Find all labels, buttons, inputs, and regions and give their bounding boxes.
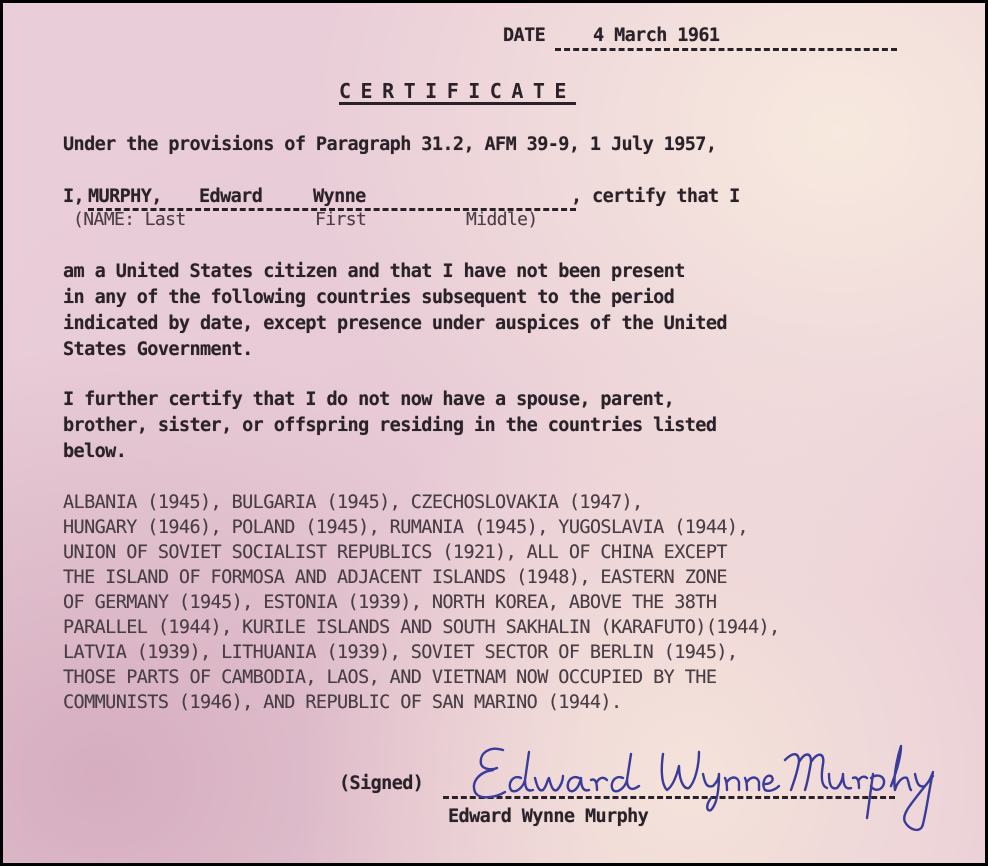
label-middle: Middle) bbox=[466, 209, 538, 230]
countries-line-5: OF GERMANY (1945), ESTONIA (1939), NORTH… bbox=[63, 590, 716, 616]
date-underline bbox=[555, 48, 897, 51]
paragraph-1-line-4: States Government. bbox=[63, 337, 253, 363]
date-label: DATE bbox=[503, 23, 545, 49]
signed-label: (Signed) bbox=[339, 771, 423, 797]
countries-line-8: THOSE PARTS OF CAMBODIA, LAOS, AND VIETN… bbox=[63, 665, 716, 691]
paragraph-1-line-2: in any of the following countries subseq… bbox=[63, 285, 674, 311]
certificate-page: DATE 4 March 1961 CERTIFICATE Under the … bbox=[3, 3, 985, 863]
countries-line-7: LATVIA (1939), LITHUANIA (1939), SOVIET … bbox=[63, 640, 737, 666]
certificate-title: CERTIFICATE bbox=[339, 79, 576, 103]
name-prefix: I, bbox=[63, 184, 84, 210]
countries-line-1: ALBANIA (1945), BULGARIA (1945), CZECHOS… bbox=[63, 490, 643, 516]
name-last: MURPHY, bbox=[88, 184, 162, 210]
countries-line-6: PARALLEL (1944), KURILE ISLANDS AND SOUT… bbox=[63, 615, 780, 641]
countries-line-3: UNION OF SOVIET SOCIALIST REPUBLICS (192… bbox=[63, 540, 727, 566]
paragraph-2-line-2: brother, sister, or offspring residing i… bbox=[63, 413, 716, 439]
name-suffix: , certify that I bbox=[571, 184, 740, 210]
countries-line-4: THE ISLAND OF FORMOSA AND ADJACENT ISLAN… bbox=[63, 565, 727, 591]
name-first: Edward bbox=[199, 184, 262, 210]
paragraph-2-line-3: below. bbox=[63, 439, 126, 465]
paragraph-2-line-1: I further certify that I do not now have… bbox=[63, 387, 674, 413]
label-first: First bbox=[315, 209, 366, 230]
handwritten-signature bbox=[463, 738, 963, 848]
provisions-line: Under the provisions of Paragraph 31.2, … bbox=[63, 132, 716, 158]
paragraph-1-line-1: am a United States citizen and that I ha… bbox=[63, 259, 685, 285]
date-value: 4 March 1961 bbox=[593, 23, 719, 49]
paragraph-1-line-3: indicated by date, except presence under… bbox=[63, 311, 727, 337]
label-last: (NAME: Last bbox=[73, 209, 186, 230]
countries-line-2: HUNGARY (1946), POLAND (1945), RUMANIA (… bbox=[63, 515, 748, 541]
countries-line-9: COMMUNISTS (1946), AND REPUBLIC OF SAN M… bbox=[63, 690, 622, 716]
name-middle: Wynne bbox=[313, 184, 366, 210]
